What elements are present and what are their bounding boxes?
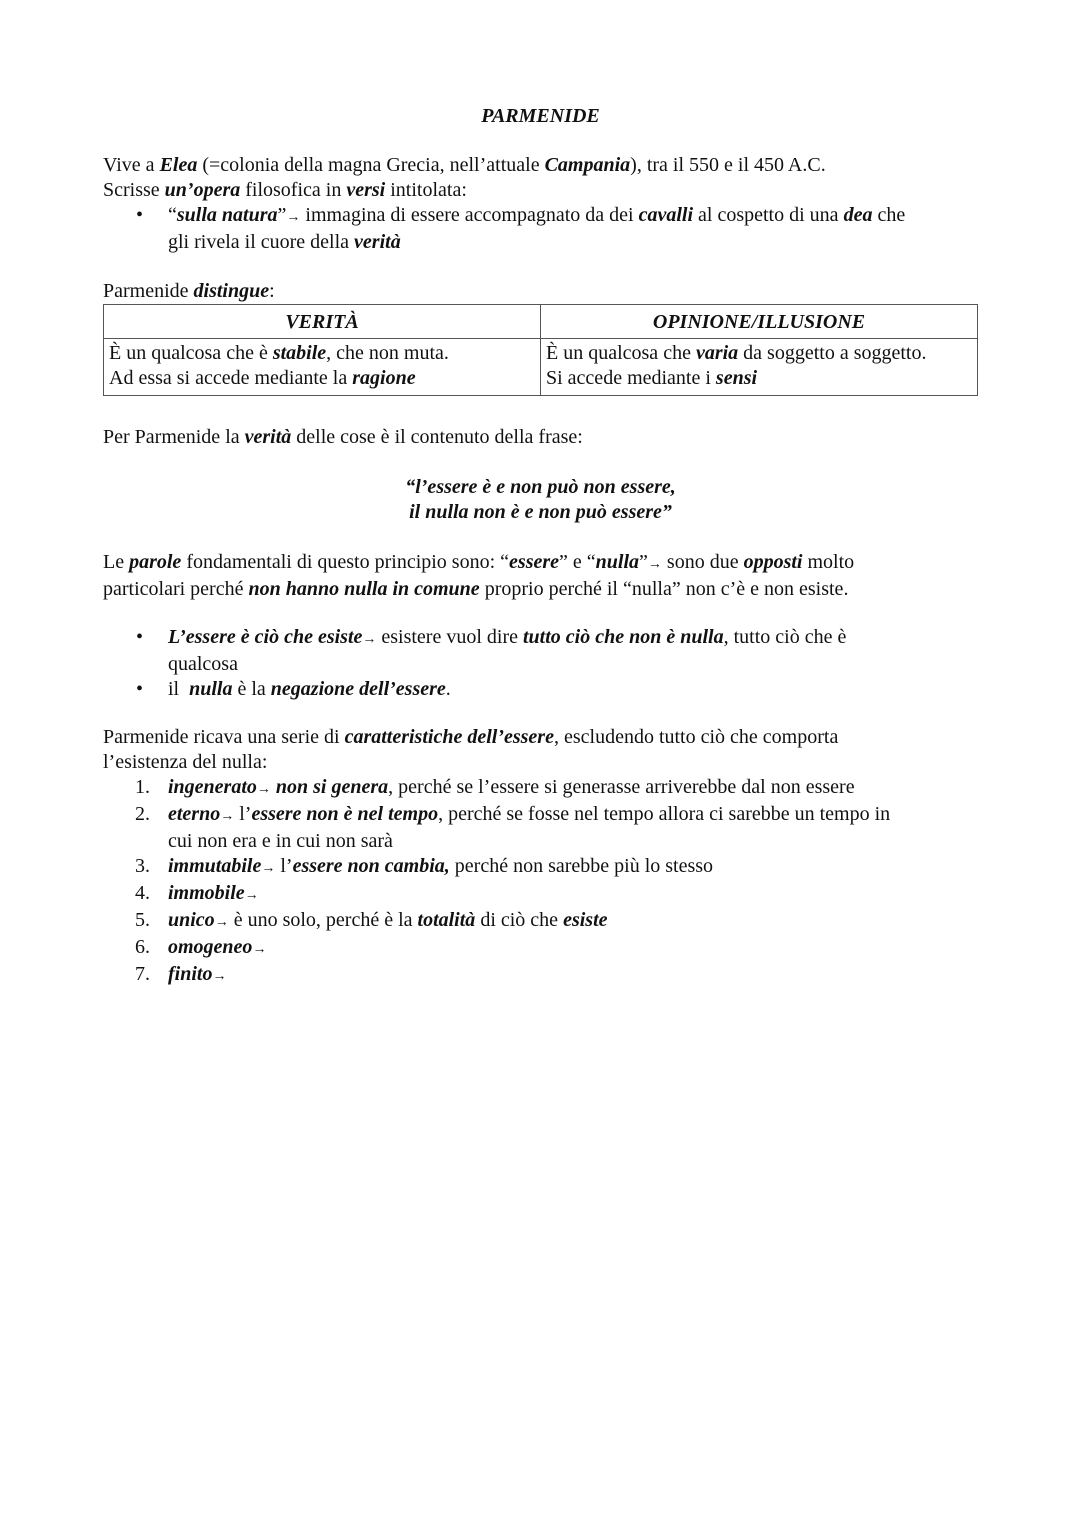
- emphasis: dea: [844, 204, 873, 226]
- table-cell-opinione: È un qualcosa che varia da soggetto a so…: [541, 339, 978, 396]
- text: Parmenide: [103, 280, 194, 302]
- emphasis: totalità: [418, 909, 476, 931]
- emphasis: immutabile: [168, 855, 261, 877]
- emphasis: varia: [696, 342, 738, 364]
- table-header-opinione: OPINIONE/ILLUSIONE: [541, 305, 978, 339]
- emphasis: versi: [346, 179, 385, 201]
- intro-line-2: Scrisse un’opera filosofica in versi int…: [103, 178, 978, 203]
- text: esistere vuol dire: [376, 626, 523, 648]
- list-item: • “sulla natura”→ immagina di essere acc…: [103, 203, 978, 255]
- text: .: [446, 678, 451, 700]
- text: gli rivela il cuore della: [168, 231, 354, 253]
- quote-line-1: “l’essere è e non può non essere,: [103, 475, 978, 500]
- text: delle cose è il contenuto della frase:: [291, 426, 583, 448]
- text: l’esistenza del nulla:: [103, 751, 267, 773]
- text: , perché se l’essere si generasse arrive…: [388, 776, 854, 798]
- list-number: 5.: [135, 908, 150, 933]
- text: l’: [275, 855, 292, 877]
- distinguish-section: Parmenide distingue: VERITÀ OPINIONE/ILL…: [103, 279, 978, 396]
- text: Ad essa si accede mediante la: [109, 367, 352, 389]
- table-header-row: VERITÀ OPINIONE/ILLUSIONE: [104, 305, 978, 339]
- comparison-table: VERITÀ OPINIONE/ILLUSIONE È un qualcosa …: [103, 304, 978, 396]
- text: l’: [234, 803, 251, 825]
- text: qualcosa: [168, 653, 238, 675]
- text: ”: [639, 551, 648, 573]
- text: È un qualcosa che è: [109, 342, 273, 364]
- text: È un qualcosa che: [546, 342, 696, 364]
- list-item: 6. omogeneo→: [103, 935, 978, 962]
- text: , escludendo tutto ciò che comporta: [554, 726, 838, 748]
- text: immagina di essere accompagnato da dei: [300, 204, 638, 226]
- quote-line-2: il nulla non è e non può essere”: [103, 500, 978, 525]
- emphasis: parole: [129, 551, 181, 573]
- list-item: 2. eterno→ l’essere non è nel tempo, per…: [103, 802, 978, 854]
- text: Scrisse: [103, 179, 165, 201]
- emphasis: sulla natura: [177, 204, 278, 226]
- text: fondamentali di questo principio sono: “: [181, 551, 509, 573]
- text: “: [168, 204, 177, 226]
- list-item: 4. immobile→: [103, 881, 978, 908]
- arrow-right-icon: →: [286, 210, 300, 225]
- essere-bullets: • L’essere è ciò che esiste→ esistere vu…: [103, 625, 978, 702]
- list-number: 7.: [135, 962, 150, 987]
- list-item: 7. finito→: [103, 962, 978, 989]
- text: filosofica in: [240, 179, 346, 201]
- text: , tutto ciò che è: [724, 626, 847, 648]
- emphasis-elea: Elea: [160, 154, 198, 176]
- arrow-right-icon: →: [220, 809, 234, 824]
- emphasis: non si genera: [271, 776, 388, 798]
- emphasis: verità: [354, 231, 401, 253]
- text: di ciò che: [475, 909, 563, 931]
- table-cell-verita: È un qualcosa che è stabile, che non mut…: [104, 339, 541, 396]
- distinguish-line: Parmenide distingue:: [103, 279, 978, 304]
- text: intitolata:: [385, 179, 467, 201]
- emphasis: nulla: [596, 551, 639, 573]
- emphasis: caratteristiche dell’essere: [345, 726, 554, 748]
- phrase-intro: Per Parmenide la verità delle cose è il …: [103, 425, 978, 450]
- emphasis: essere: [509, 551, 559, 573]
- table-row: È un qualcosa che è stabile, che non mut…: [104, 339, 978, 396]
- text: al cospetto di una: [693, 204, 844, 226]
- text: molto: [802, 551, 854, 573]
- text: particolari perché: [103, 578, 248, 600]
- arrow-right-icon: →: [257, 782, 271, 797]
- arrow-right-icon: →: [252, 942, 266, 957]
- words-section: Le parole fondamentali di questo princip…: [103, 550, 978, 602]
- characteristics-section: Parmenide ricava una serie di caratteris…: [103, 725, 978, 989]
- list-number: 2.: [135, 802, 150, 827]
- text: che: [872, 204, 905, 226]
- emphasis: omogeneo: [168, 936, 252, 958]
- emphasis: unico: [168, 909, 215, 931]
- list-item: • il nulla è la negazione dell’essere.: [103, 677, 978, 702]
- emphasis: nulla: [189, 678, 232, 700]
- emphasis: eterno: [168, 803, 220, 825]
- arrow-right-icon: →: [212, 969, 226, 984]
- emphasis: essere non è nel tempo: [251, 803, 438, 825]
- emphasis: verità: [245, 426, 292, 448]
- emphasis-campania: Campania: [545, 154, 631, 176]
- text: è uno solo, perché è la: [229, 909, 418, 931]
- bullet-icon: •: [136, 203, 143, 228]
- emphasis: tutto ciò che non è nulla: [523, 626, 724, 648]
- text: è la: [232, 678, 270, 700]
- text: perché non sarebbe più lo stesso: [450, 855, 713, 877]
- emphasis: un’opera: [165, 179, 241, 201]
- arrow-right-icon: →: [245, 888, 259, 903]
- emphasis: non hanno nulla in comune: [248, 578, 479, 600]
- emphasis: opposti: [744, 551, 803, 573]
- list-number: 1.: [135, 775, 150, 800]
- emphasis: essere non cambia,: [293, 855, 450, 877]
- text: :: [269, 280, 275, 302]
- emphasis: finito: [168, 963, 212, 985]
- text: , perché se fosse nel tempo allora ci sa…: [438, 803, 890, 825]
- intro-section: Vive a Elea (=colonia della magna Grecia…: [103, 153, 978, 255]
- list-item: 1. ingenerato→ non si genera, perché se …: [103, 775, 978, 802]
- text: Vive a: [103, 154, 160, 176]
- text: ), tra il 550 e il 450 A.C.: [630, 154, 826, 176]
- emphasis: ragione: [352, 367, 415, 389]
- page-title: PARMENIDE: [103, 104, 978, 129]
- list-item: • L’essere è ciò che esiste→ esistere vu…: [103, 625, 978, 677]
- arrow-right-icon: →: [261, 861, 275, 876]
- text: proprio perché il “nulla” non c’è e non …: [480, 578, 849, 600]
- emphasis: ingenerato: [168, 776, 257, 798]
- table-header-verita: VERITÀ: [104, 305, 541, 339]
- text: da soggetto a soggetto.: [738, 342, 926, 364]
- text: cui non era e in cui non sarà: [168, 830, 393, 852]
- emphasis: negazione dell’essere: [271, 678, 446, 700]
- text: Si accede mediante i: [546, 367, 716, 389]
- bullet-icon: •: [136, 625, 143, 650]
- text: Le: [103, 551, 129, 573]
- intro-line-1: Vive a Elea (=colonia della magna Grecia…: [103, 153, 978, 178]
- text: ” e “: [559, 551, 596, 573]
- emphasis: distingue: [194, 280, 270, 302]
- arrow-right-icon: →: [362, 632, 376, 647]
- list-number: 4.: [135, 881, 150, 906]
- emphasis: L’essere è ciò che esiste: [168, 626, 362, 648]
- text: Per Parmenide la: [103, 426, 245, 448]
- emphasis: sensi: [716, 367, 757, 389]
- text: sono due: [662, 551, 744, 573]
- emphasis: esiste: [563, 909, 607, 931]
- text: (=colonia della magna Grecia, nell’attua…: [197, 154, 544, 176]
- list-number: 3.: [135, 854, 150, 879]
- emphasis: cavalli: [639, 204, 693, 226]
- emphasis: stabile: [273, 342, 326, 364]
- quote-block: “l’essere è e non può non essere, il nul…: [103, 475, 978, 525]
- list-item: 5. unico→ è uno solo, perché è la totali…: [103, 908, 978, 935]
- bullet-icon: •: [136, 677, 143, 702]
- text: Parmenide ricava una serie di: [103, 726, 345, 748]
- arrow-right-icon: →: [648, 557, 662, 572]
- text: il: [168, 678, 189, 700]
- arrow-right-icon: →: [215, 915, 229, 930]
- text: , che non muta.: [326, 342, 449, 364]
- list-number: 6.: [135, 935, 150, 960]
- list-item: 3. immutabile→ l’essere non cambia, perc…: [103, 854, 978, 881]
- emphasis: immobile: [168, 882, 245, 904]
